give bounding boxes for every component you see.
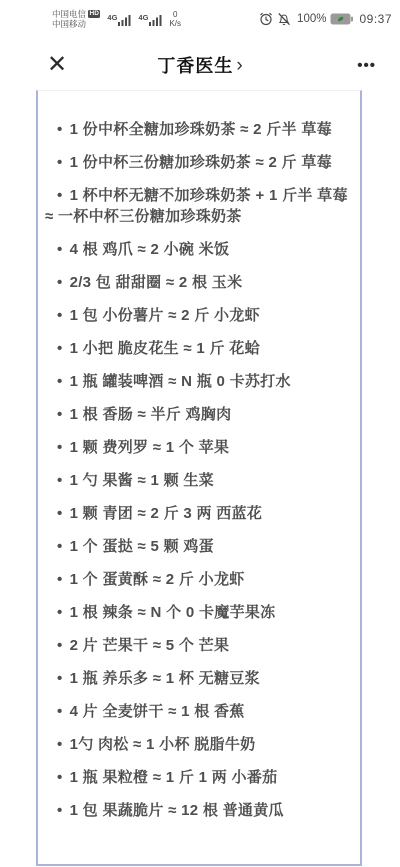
list-item: •1 颗 青团 ≈ 2 斤 3 两 西蓝花 <box>45 503 354 524</box>
bullet-icon: • <box>57 472 63 489</box>
list-item-text: 4 根 鸡爪 ≈ 2 小碗 米饭 <box>70 241 230 258</box>
status-bar-right: 100% 09:37 <box>259 12 392 26</box>
close-icon[interactable]: ✕ <box>47 53 67 77</box>
nav-bar: ✕ 丁香医生 › ••• <box>0 36 400 94</box>
chevron-right-icon: › <box>236 56 242 75</box>
list-item-text: 1 杯中杯无糖不加珍珠奶茶 + 1 斤半 草莓 ≈ 一杯中杯三份糖加珍珠奶茶 <box>45 187 348 225</box>
bullet-icon: • <box>57 373 63 390</box>
signal-sim1: 4G <box>107 13 131 26</box>
list-item: •1 杯中杯无糖不加珍珠奶茶 + 1 斤半 草莓 ≈ 一杯中杯三份糖加珍珠奶茶 <box>45 185 354 227</box>
bullet-icon: • <box>57 121 63 138</box>
carrier-info: 中国电信 HD 中国移动 <box>52 9 100 30</box>
list-item-text: 1 小把 脆皮花生 ≈ 1 斤 花蛤 <box>70 340 260 357</box>
bullet-icon: • <box>57 307 63 324</box>
bullet-icon: • <box>57 538 63 555</box>
bullet-icon: • <box>57 505 63 522</box>
list-item-text: 1 个 蛋挞 ≈ 5 颗 鸡蛋 <box>70 538 214 555</box>
list-item: •1 瓶 果粒橙 ≈ 1 斤 1 两 小番茄 <box>45 767 354 788</box>
mute-bell-icon <box>277 12 291 26</box>
carrier-name-2: 中国移动 <box>52 19 86 30</box>
list-item: •1 瓶 罐装啤酒 ≈ N 瓶 0 卡苏打水 <box>45 371 354 392</box>
list-item: •4 片 全麦饼干 ≈ 1 根 香蕉 <box>45 701 354 722</box>
battery-percent-label: 100% <box>297 13 326 25</box>
list-item: •1勺 肉松 ≈ 1 小杯 脱脂牛奶 <box>45 734 354 755</box>
status-time: 09:37 <box>359 12 392 26</box>
speed-unit: K/s <box>169 19 181 29</box>
bullet-icon: • <box>57 274 63 291</box>
bullet-icon: • <box>57 571 63 588</box>
list-item-text: 1 瓶 养乐多 ≈ 1 杯 无糖豆浆 <box>70 670 260 687</box>
speed-value: 0 <box>169 10 181 20</box>
list-item: •1 个 蛋黄酥 ≈ 2 斤 小龙虾 <box>45 569 354 590</box>
list-item: •1 颗 费列罗 ≈ 1 个 苹果 <box>45 437 354 458</box>
bullet-icon: • <box>57 604 63 621</box>
list-item: •1 瓶 养乐多 ≈ 1 杯 无糖豆浆 <box>45 668 354 689</box>
list-item-text: 1 根 香肠 ≈ 半斤 鸡胸肉 <box>70 406 232 423</box>
carrier-name-1: 中国电信 <box>52 9 86 20</box>
list-item: •1 份中杯全糖加珍珠奶茶 ≈ 2 斤半 草莓 <box>45 119 354 140</box>
bullet-icon: • <box>57 154 63 171</box>
network-speed: 0 K/s <box>169 10 181 29</box>
list-item: •1 份中杯三份糖加珍珠奶茶 ≈ 2 斤 草莓 <box>45 152 354 173</box>
bullet-icon: • <box>57 670 63 687</box>
list-item-text: 1 颗 费列罗 ≈ 1 个 苹果 <box>70 439 230 456</box>
list-item: •1 小把 脆皮花生 ≈ 1 斤 花蛤 <box>45 338 354 359</box>
alarm-clock-icon <box>259 12 273 26</box>
list-item-text: 1 包 小份薯片 ≈ 2 斤 小龙虾 <box>70 307 260 324</box>
list-item: •1 根 辣条 ≈ N 个 0 卡魔芋果冻 <box>45 602 354 623</box>
bullet-icon: • <box>57 340 63 357</box>
list-item: •2/3 包 甜甜圈 ≈ 2 根 玉米 <box>45 272 354 293</box>
article-content-box: •1 份中杯全糖加珍珠奶茶 ≈ 2 斤半 草莓 •1 份中杯三份糖加珍珠奶茶 ≈… <box>36 90 362 866</box>
list-item-text: 1 瓶 果粒橙 ≈ 1 斤 1 两 小番茄 <box>70 769 278 786</box>
comparison-list: •1 份中杯全糖加珍珠奶茶 ≈ 2 斤半 草莓 •1 份中杯三份糖加珍珠奶茶 ≈… <box>45 119 354 821</box>
list-item: •1 根 香肠 ≈ 半斤 鸡胸肉 <box>45 404 354 425</box>
list-item-text: 4 片 全麦饼干 ≈ 1 根 香蕉 <box>70 703 245 720</box>
list-item: •1 个 蛋挞 ≈ 5 颗 鸡蛋 <box>45 536 354 557</box>
signal-bars-icon <box>118 14 131 26</box>
list-item-text: 1 勺 果酱 ≈ 1 颗 生菜 <box>70 472 214 489</box>
list-item-text: 2/3 包 甜甜圈 ≈ 2 根 玉米 <box>70 274 243 291</box>
list-item-text: 1 个 蛋黄酥 ≈ 2 斤 小龙虾 <box>70 571 245 588</box>
status-bar: 中国电信 HD 中国移动 4G 4G <box>0 0 400 36</box>
bullet-icon: • <box>57 802 63 819</box>
list-item: •1 勺 果酱 ≈ 1 颗 生菜 <box>45 470 354 491</box>
list-item-text: 2 片 芒果干 ≈ 5 个 芒果 <box>70 637 230 654</box>
list-item: •1 包 小份薯片 ≈ 2 斤 小龙虾 <box>45 305 354 326</box>
signal-bars-icon <box>149 14 162 26</box>
bullet-icon: • <box>57 637 63 654</box>
bullet-icon: • <box>57 187 63 204</box>
list-item-text: 1 份中杯三份糖加珍珠奶茶 ≈ 2 斤 草莓 <box>70 154 332 171</box>
more-menu-icon[interactable]: ••• <box>357 58 376 73</box>
list-item: •4 根 鸡爪 ≈ 2 小碗 米饭 <box>45 239 354 260</box>
page-title[interactable]: 丁香医生 › <box>157 52 242 78</box>
list-item: •1 包 果蔬脆片 ≈ 12 根 普通黄瓜 <box>45 800 354 821</box>
list-item-text: 1 瓶 罐装啤酒 ≈ N 瓶 0 卡苏打水 <box>70 373 291 390</box>
hd-badge: HD <box>88 10 100 18</box>
battery-icon <box>330 13 353 25</box>
list-item-text: 1 根 辣条 ≈ N 个 0 卡魔芋果冻 <box>70 604 276 621</box>
bullet-icon: • <box>57 769 63 786</box>
bullet-icon: • <box>57 736 63 753</box>
bullet-icon: • <box>57 406 63 423</box>
bullet-icon: • <box>57 703 63 720</box>
list-item-text: 1 份中杯全糖加珍珠奶茶 ≈ 2 斤半 草莓 <box>70 121 332 138</box>
list-item-text: 1 颗 青团 ≈ 2 斤 3 两 西蓝花 <box>70 505 263 522</box>
list-item-text: 1 包 果蔬脆片 ≈ 12 根 普通黄瓜 <box>70 802 284 819</box>
bullet-icon: • <box>57 241 63 258</box>
list-item-text: 1勺 肉松 ≈ 1 小杯 脱脂牛奶 <box>70 736 256 753</box>
page-title-text: 丁香医生 <box>157 52 233 78</box>
network-type-label-1: 4G <box>107 13 117 22</box>
status-bar-left: 中国电信 HD 中国移动 4G 4G <box>52 9 181 30</box>
list-item: •2 片 芒果干 ≈ 5 个 芒果 <box>45 635 354 656</box>
bullet-icon: • <box>57 439 63 456</box>
network-type-label-2: 4G <box>138 13 148 22</box>
signal-sim2: 4G <box>138 13 162 26</box>
